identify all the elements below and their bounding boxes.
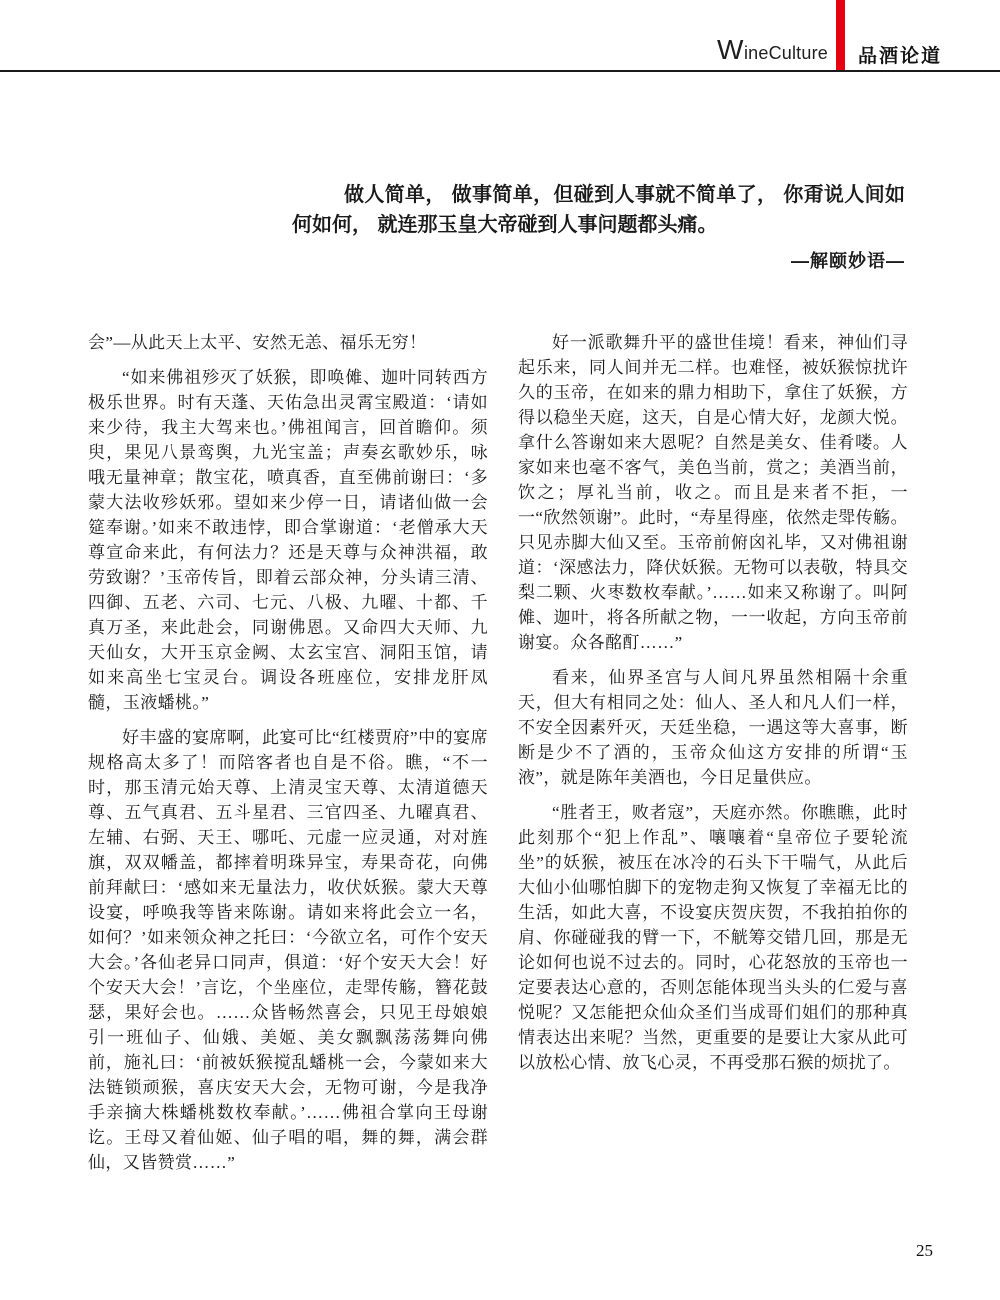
intro-block: 做人简单， 做事简单，但碰到人事就不简单了， 你甭说人间如何如何， 就连那玉皇大… xyxy=(292,180,905,273)
magazine-page: WineCulture 品酒论道 做人简单， 做事简单，但碰到人事就不简单了， … xyxy=(0,0,1000,1300)
article-paragraph: 好一派歌舞升平的盛世佳境！看来，神仙们寻起乐来，同人间并无二样。也难怪，被妖猴惊… xyxy=(518,330,908,655)
article-paragraph: 会”—从此天上太平、安然无恙、福乐无穷！ xyxy=(88,330,488,355)
article-body: 会”—从此天上太平、安然无恙、福乐无穷！ “如来佛祖殄灭了妖猴，即唤傩、迦叶同转… xyxy=(88,330,908,1185)
article-left-column: 会”—从此天上太平、安然无恙、福乐无穷！ “如来佛祖殄灭了妖猴，即唤傩、迦叶同转… xyxy=(88,330,488,1185)
article-paragraph: “胜者王，败者寇”，天庭亦然。你瞧瞧，此时此刻那个“犯上作乱”、嚷嚷着“皇帝位子… xyxy=(518,800,908,1075)
section-title: 品酒论道 xyxy=(858,41,942,68)
intro-attribution: —解颐妙语— xyxy=(292,247,905,273)
brand-rest: ineCulture xyxy=(744,43,828,64)
article-paragraph: 好丰盛的宴席啊，此宴可比“红楼贾府”中的宴席规格高太多了！而陪客者也自是不俗。瞧… xyxy=(88,725,488,1175)
intro-quote: 做人简单， 做事简单，但碰到人事就不简单了， 你甭说人间如何如何， 就连那玉皇大… xyxy=(292,180,905,240)
article-paragraph: “如来佛祖殄灭了妖猴，即唤傩、迦叶同转西方极乐世界。时有天蓬、天佑急出灵霄宝殿道… xyxy=(88,365,488,715)
page-number: 25 xyxy=(916,1241,933,1261)
article-paragraph: 看来，仙界圣宫与人间凡界虽然相隔十余重天，但大有相同之处：仙人、圣人和凡人们一样… xyxy=(518,665,908,790)
magazine-brand: WineCulture xyxy=(717,36,828,64)
brand-initial: W xyxy=(717,36,744,64)
header-accent-bar xyxy=(836,0,845,72)
article-right-column: 好一派歌舞升平的盛世佳境！看来，神仙们寻起乐来，同人间并无二样。也难怪，被妖猴惊… xyxy=(518,330,908,1185)
header-rule xyxy=(0,70,1000,72)
